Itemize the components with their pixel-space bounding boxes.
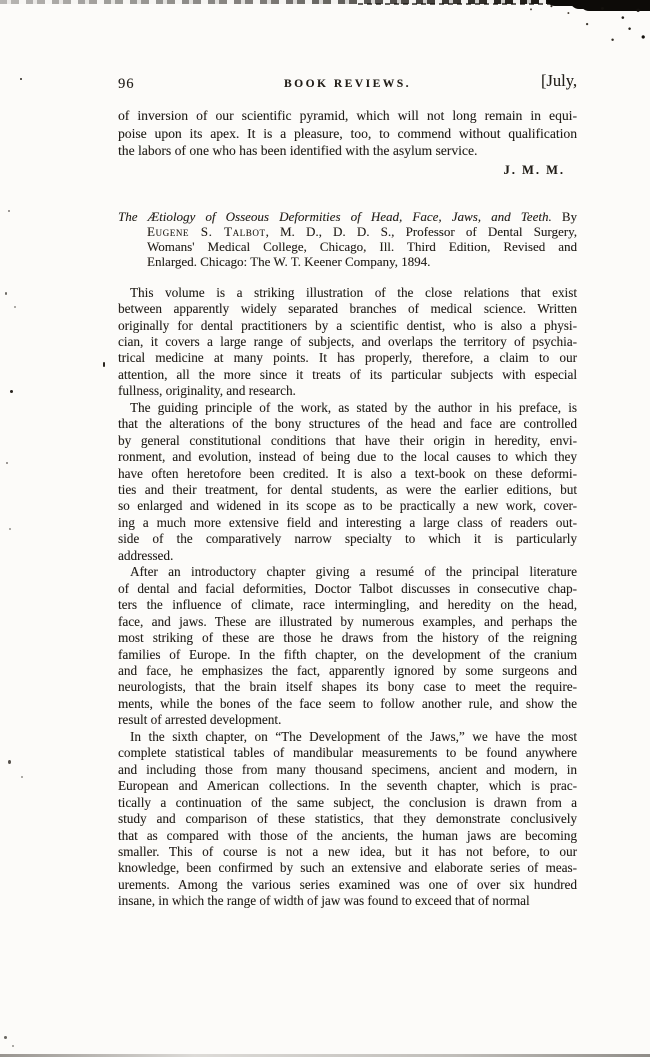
text-line: smaller. This of course is not a new ide… xyxy=(118,844,577,860)
scan-speck xyxy=(8,210,10,212)
review-paragraph-1: This volume is a striking illustration o… xyxy=(118,285,577,400)
text-segment: Enlarged. Chicago: The W. T. Keener Comp… xyxy=(147,254,430,269)
text-line: fullness, originality, and research. xyxy=(118,383,577,399)
text-line: Enlarged. Chicago: The W. T. Keener Comp… xyxy=(118,254,577,269)
text-line: trical medicine at many points. It has p… xyxy=(118,350,577,366)
scan-speck xyxy=(10,390,13,393)
text-line: between apparently widely separated bran… xyxy=(118,301,577,317)
text-line: The Ætiology of Osseous Deformities of H… xyxy=(118,209,577,224)
text-segment: , M. D., D. D. S., Professor of Dental S… xyxy=(266,224,577,239)
text-line: ronment, and evolution, instead of being… xyxy=(118,449,577,465)
text-line: This volume is a striking illustration o… xyxy=(118,285,577,301)
scan-speck xyxy=(8,760,11,764)
text-line: After an introductory chapter giving a r… xyxy=(118,564,577,580)
issue-label: [July, xyxy=(541,71,577,91)
text-line: Eugene S. Talbot, M. D., D. D. S., Profe… xyxy=(118,224,577,239)
running-header: 96 BOOK REVIEWS. [July, xyxy=(118,71,577,95)
text-line: attention, all the more since it treats … xyxy=(118,367,577,383)
section-title: BOOK REVIEWS. xyxy=(118,78,577,90)
text-line: and face, he emphasizes the fact, appare… xyxy=(118,663,577,679)
text-line: tically a continuation of the same subje… xyxy=(118,795,577,811)
review-paragraph-4: In the sixth chapter, on “The Developmen… xyxy=(118,729,577,910)
text-line: urements. Among the various series exami… xyxy=(118,877,577,893)
text-line: ties and their treatment, for dental stu… xyxy=(118,482,577,498)
text-line: The guiding principle of the work, as st… xyxy=(118,400,577,416)
text-line: knowledge, been confirmed by such an ext… xyxy=(118,860,577,876)
text-line: poise upon its apex. It is a pleasure, t… xyxy=(118,125,577,143)
text-line: European and American collections. In th… xyxy=(118,778,577,794)
text-segment: Womans' Medical College, Chicago, Ill. T… xyxy=(147,239,577,254)
smallcaps-text: Eugene S. Talbot xyxy=(147,224,266,239)
scan-speck xyxy=(12,1045,14,1047)
text-line: result of arrested development. xyxy=(118,712,577,728)
text-line: so enlarged and widened in its scope as … xyxy=(118,498,577,514)
text-line: of inversion of our scientific pyramid, … xyxy=(118,107,577,125)
text-line: that as compared with those of the ancie… xyxy=(118,828,577,844)
scan-speck xyxy=(9,528,11,530)
text-line: ments, while the bones of the face seem … xyxy=(118,696,577,712)
text-line: have often heretofore been credited. It … xyxy=(118,466,577,482)
text-line: ters the influence of climate, race inte… xyxy=(118,597,577,613)
scan-speck xyxy=(14,306,16,308)
text-line: In the sixth chapter, on “The Developmen… xyxy=(118,729,577,745)
text-line: the labors of one who has been identifie… xyxy=(118,142,577,160)
text-line: face, and jaws. These are illustrated by… xyxy=(118,614,577,630)
text-line: side of the comparatively narrow special… xyxy=(118,531,577,547)
text-segment: By xyxy=(552,209,577,224)
text-line: neurologists, that the brain itself shap… xyxy=(118,679,577,695)
scan-speck xyxy=(20,78,22,80)
text-line: study and comparison of these statistics… xyxy=(118,811,577,827)
scan-speck xyxy=(6,462,8,464)
text-line: by general constitutional conditions tha… xyxy=(118,433,577,449)
scan-speck xyxy=(5,292,7,295)
book-citation: The Ætiology of Osseous Deformities of H… xyxy=(118,209,577,270)
text-line: families of Europe. In the fifth chapter… xyxy=(118,647,577,663)
review-paragraph-2: The guiding principle of the work, as st… xyxy=(118,400,577,565)
text-line: of dental and facial deformities, Doctor… xyxy=(118,581,577,597)
text-line: and including those from many thousand s… xyxy=(118,762,577,778)
text-line: most striking of these are those he draw… xyxy=(118,630,577,646)
text-line: insane, in which the range of width of j… xyxy=(118,893,577,909)
scan-speck xyxy=(21,776,23,778)
scan-speck xyxy=(4,1036,7,1039)
review-closing-paragraph: of inversion of our scientific pyramid, … xyxy=(118,107,577,160)
text-line: Womans' Medical College, Chicago, Ill. T… xyxy=(118,239,577,254)
text-line: addressed. xyxy=(118,548,577,564)
review-paragraph-3: After an introductory chapter giving a r… xyxy=(118,564,577,729)
text-line: that the alterations of the bony structu… xyxy=(118,416,577,432)
text-line: originally for dental practitioners by a… xyxy=(118,318,577,334)
text-line: complete statistical tables of mandibula… xyxy=(118,745,577,761)
italic-text: The Ætiology of Osseous Deformities of H… xyxy=(118,209,552,224)
reviewer-initials: J. M. M. xyxy=(118,163,577,178)
text-line: cian, it covers a large range of subject… xyxy=(118,334,577,350)
margin-pencil-mark xyxy=(103,362,105,367)
text-line: ing a much more extensive field and inte… xyxy=(118,515,577,531)
scanned-page: 96 BOOK REVIEWS. [July, of inversion of … xyxy=(0,0,650,1057)
page-content: 96 BOOK REVIEWS. [July, of inversion of … xyxy=(118,0,577,910)
